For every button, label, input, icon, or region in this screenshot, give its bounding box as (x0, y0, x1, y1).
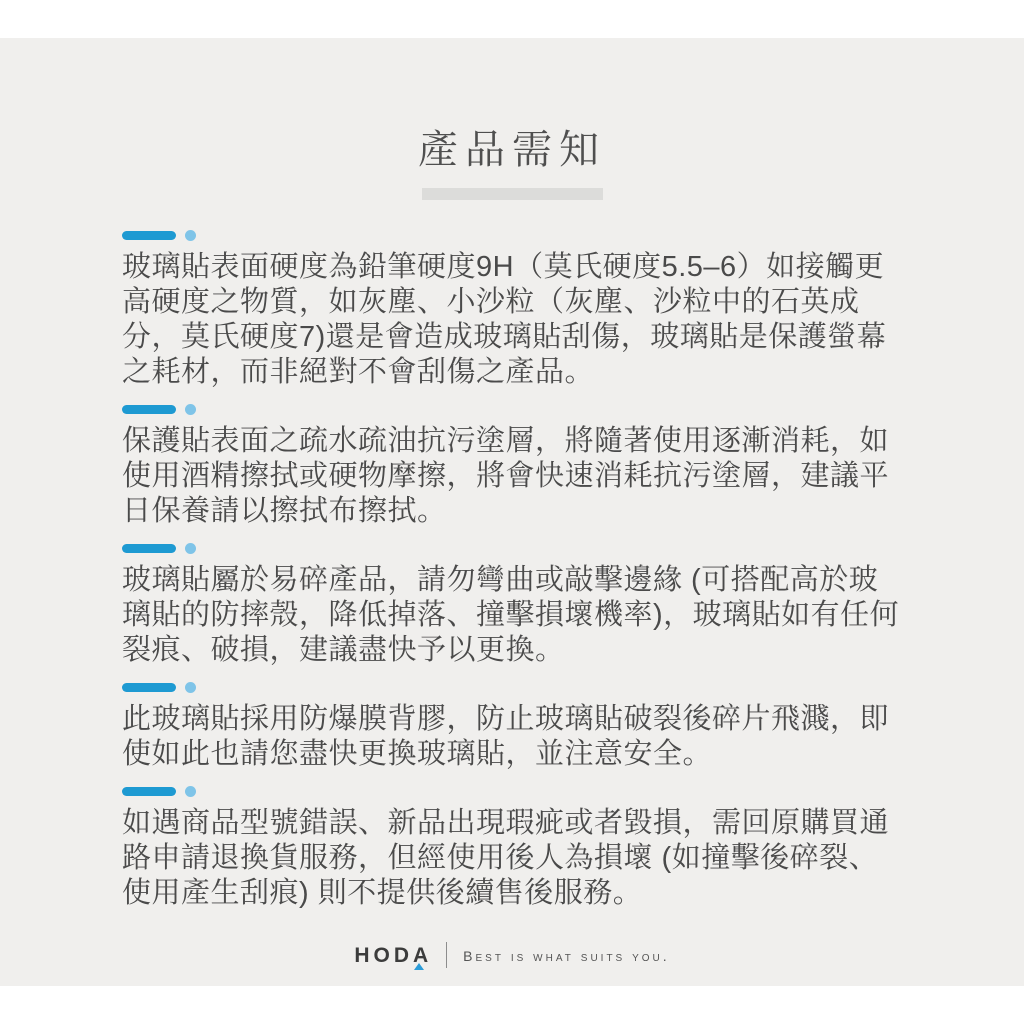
bullet-dot-icon (185, 404, 196, 415)
bullet-dot-icon (185, 230, 196, 241)
footer-tagline: Best is what suits you. (463, 946, 670, 964)
notice-content: 玻璃貼表面硬度為鉛筆硬度9H（莫氏硬度5.5–6）如接觸更高硬度之物質，如灰塵、… (0, 229, 1024, 911)
bullet-dot-icon (185, 786, 196, 797)
bullet-dot-icon (185, 682, 196, 693)
notice-section: 玻璃貼屬於易碎產品，請勿彎曲或敲擊邊緣 (可搭配高於玻璃貼的防摔殼，降低掉落、撞… (122, 542, 906, 668)
bullet-dash-icon (122, 787, 176, 796)
page-title: 產品需知 (0, 130, 1024, 170)
bullet-dash-icon (122, 231, 176, 240)
notice-paragraph: 此玻璃貼採用防爆膜背膠，防止玻璃貼破裂後碎片飛濺，即使如此也請您盡快更換玻璃貼，… (122, 702, 906, 772)
notice-panel: 產品需知 玻璃貼表面硬度為鉛筆硬度9H（莫氏硬度5.5–6）如接觸更高硬度之物質… (0, 38, 1024, 986)
bullet-dash-icon (122, 544, 176, 553)
bullet-marker (122, 785, 906, 797)
bullet-marker (122, 403, 906, 415)
notice-paragraph: 玻璃貼表面硬度為鉛筆硬度9H（莫氏硬度5.5–6）如接觸更高硬度之物質，如灰塵、… (122, 250, 906, 390)
page: 產品需知 玻璃貼表面硬度為鉛筆硬度9H（莫氏硬度5.5–6）如接觸更高硬度之物質… (0, 0, 1024, 1024)
notice-paragraph: 玻璃貼屬於易碎產品，請勿彎曲或敲擊邊緣 (可搭配高於玻璃貼的防摔殼，降低掉落、撞… (122, 563, 906, 668)
notice-section: 如遇商品型號錯誤、新品出現瑕疵或者毀損，需回原購買通路申請退換貨服務，但經使用後… (122, 785, 906, 911)
footer: HODA Best is what suits you. (0, 942, 1024, 968)
notice-section: 玻璃貼表面硬度為鉛筆硬度9H（莫氏硬度5.5–6）如接觸更高硬度之物質，如灰塵、… (122, 229, 906, 390)
bullet-dash-icon (122, 405, 176, 414)
notice-section: 此玻璃貼採用防爆膜背膠，防止玻璃貼破裂後碎片飛濺，即使如此也請您盡快更換玻璃貼，… (122, 681, 906, 772)
notice-paragraph: 如遇商品型號錯誤、新品出現瑕疵或者毀損，需回原購買通路申請退換貨服務，但經使用後… (122, 806, 906, 911)
hoda-logo: HODA (354, 945, 432, 966)
footer-divider (446, 942, 447, 968)
title-divider (422, 188, 603, 200)
notice-section: 保護貼表面之疏水疏油抗污塗層，將隨著使用逐漸消耗，如使用酒精擦拭或硬物摩擦，將會… (122, 403, 906, 529)
logo-triangle-icon (414, 963, 424, 970)
bullet-dash-icon (122, 683, 176, 692)
notice-paragraph: 保護貼表面之疏水疏油抗污塗層，將隨著使用逐漸消耗，如使用酒精擦拭或硬物摩擦，將會… (122, 424, 906, 529)
bullet-marker (122, 542, 906, 554)
bullet-dot-icon (185, 543, 196, 554)
bullet-marker (122, 229, 906, 241)
bullet-marker (122, 681, 906, 693)
